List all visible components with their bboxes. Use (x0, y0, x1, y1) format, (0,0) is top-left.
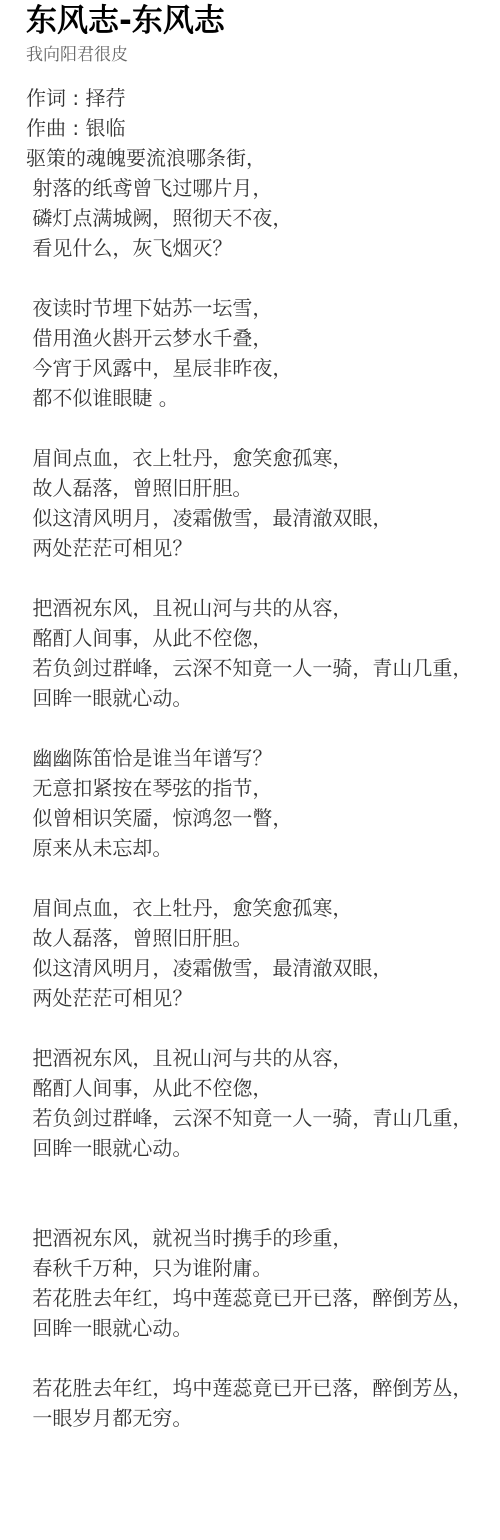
lyric-line: 看见什么，灰飞烟灭？ (26, 233, 496, 263)
lyric-line: 借用渔火斟开云梦水千叠， (26, 323, 496, 353)
lyric-line: 把酒祝东风，就祝当时携手的珍重， (26, 1223, 496, 1253)
lyrics-body: 驱策的魂魄要流浪哪条街， 射落的纸鸢曾飞过哪片月， 磷灯点满城阙，照彻天不夜， … (26, 143, 496, 1433)
lyric-line: 一眼岁月都无穷。 (26, 1403, 496, 1433)
lyric-line: 似曾相识笑靥，惊鸿忽一瞥， (26, 803, 496, 833)
lyric-line: 今宵于风露中，星辰非昨夜， (26, 353, 496, 383)
lyric-line: 回眸一眼就心动。 (26, 1313, 496, 1343)
lyric-line: 眉间点血，衣上牡丹，愈笑愈孤寒， (26, 893, 496, 923)
lyric-stanza: 眉间点血，衣上牡丹，愈笑愈孤寒， 故人磊落，曾照旧肝胆。 似这清风明月，凌霜傲雪… (26, 893, 496, 1013)
lyric-line: 磷灯点满城阙，照彻天不夜， (26, 203, 496, 233)
lyric-line: 两处茫茫可相见？ (26, 533, 496, 563)
lyric-line: 夜读时节埋下姑苏一坛雪， (26, 293, 496, 323)
lyric-stanza: 把酒祝东风，就祝当时携手的珍重， 春秋千万种，只为谁附庸。 若花胜去年红，坞中莲… (26, 1223, 496, 1343)
lyric-stanza: 幽幽陈笛恰是谁当年谱写？ 无意扣紧按在琴弦的指节， 似曾相识笑靥，惊鸿忽一瞥， … (26, 743, 496, 863)
lyric-stanza: 把酒祝东风，且祝山河与共的从容， 酩酊人间事，从此不倥偬， 若负剑过群峰，云深不… (26, 1043, 496, 1163)
lyric-stanza: 驱策的魂魄要流浪哪条街， 射落的纸鸢曾飞过哪片月， 磷灯点满城阙，照彻天不夜， … (26, 143, 496, 263)
lyrics-page: 东风志-东风志 我向阳君很皮 作词 : 择荇作曲 : 银临 驱策的魂魄要流浪哪条… (0, 0, 500, 1433)
lyric-line: 无意扣紧按在琴弦的指节， (26, 773, 496, 803)
lyric-line: 若负剑过群峰，云深不知竟一人一骑，青山几重， (26, 653, 496, 683)
lyric-line: 故人磊落，曾照旧肝胆。 (26, 923, 496, 953)
lyric-line: 酩酊人间事，从此不倥偬， (26, 623, 496, 653)
lyric-line: 把酒祝东风，且祝山河与共的从容， (26, 593, 496, 623)
lyric-stanza: 眉间点血，衣上牡丹，愈笑愈孤寒， 故人磊落，曾照旧肝胆。 似这清风明月，凌霜傲雪… (26, 443, 496, 563)
artist-name: 我向阳君很皮 (26, 44, 496, 66)
lyric-line: 两处茫茫可相见？ (26, 983, 496, 1013)
lyric-line: 都不似谁眼睫 。 (26, 383, 496, 413)
lyric-stanza: 把酒祝东风，且祝山河与共的从容， 酩酊人间事，从此不倥偬， 若负剑过群峰，云深不… (26, 593, 496, 713)
lyric-line: 若花胜去年红，坞中莲蕊竟已开已落，醉倒芳丛， (26, 1283, 496, 1313)
lyric-line: 故人磊落，曾照旧肝胆。 (26, 473, 496, 503)
lyric-line: 射落的纸鸢曾飞过哪片月， (26, 173, 496, 203)
lyric-line: 若负剑过群峰，云深不知竟一人一骑，青山几重， (26, 1103, 496, 1133)
composer-line: 作曲 : 银临 (26, 113, 496, 143)
song-credits: 作词 : 择荇作曲 : 银临 (26, 83, 496, 143)
lyric-line: 幽幽陈笛恰是谁当年谱写？ (26, 743, 496, 773)
lyric-line: 酩酊人间事，从此不倥偬， (26, 1073, 496, 1103)
lyric-line: 回眸一眼就心动。 (26, 1133, 496, 1163)
lyric-line: 把酒祝东风，且祝山河与共的从容， (26, 1043, 496, 1073)
lyricist-line: 作词 : 择荇 (26, 83, 496, 113)
lyric-line: 眉间点血，衣上牡丹，愈笑愈孤寒， (26, 443, 496, 473)
lyric-stanza: 夜读时节埋下姑苏一坛雪， 借用渔火斟开云梦水千叠， 今宵于风露中，星辰非昨夜， … (26, 293, 496, 413)
lyric-line: 原来从未忘却。 (26, 833, 496, 863)
lyric-line: 似这清风明月，凌霜傲雪，最清澈双眼， (26, 503, 496, 533)
lyric-line: 若花胜去年红，坞中莲蕊竟已开已落，醉倒芳丛， (26, 1373, 496, 1403)
page-title: 东风志-东风志 (26, 2, 496, 40)
lyric-line: 回眸一眼就心动。 (26, 683, 496, 713)
lyric-stanza: 若花胜去年红，坞中莲蕊竟已开已落，醉倒芳丛， 一眼岁月都无穷。 (26, 1373, 496, 1433)
lyric-line: 驱策的魂魄要流浪哪条街， (26, 143, 496, 173)
lyric-line: 似这清风明月，凌霜傲雪，最清澈双眼， (26, 953, 496, 983)
lyric-line: 春秋千万种，只为谁附庸。 (26, 1253, 496, 1283)
